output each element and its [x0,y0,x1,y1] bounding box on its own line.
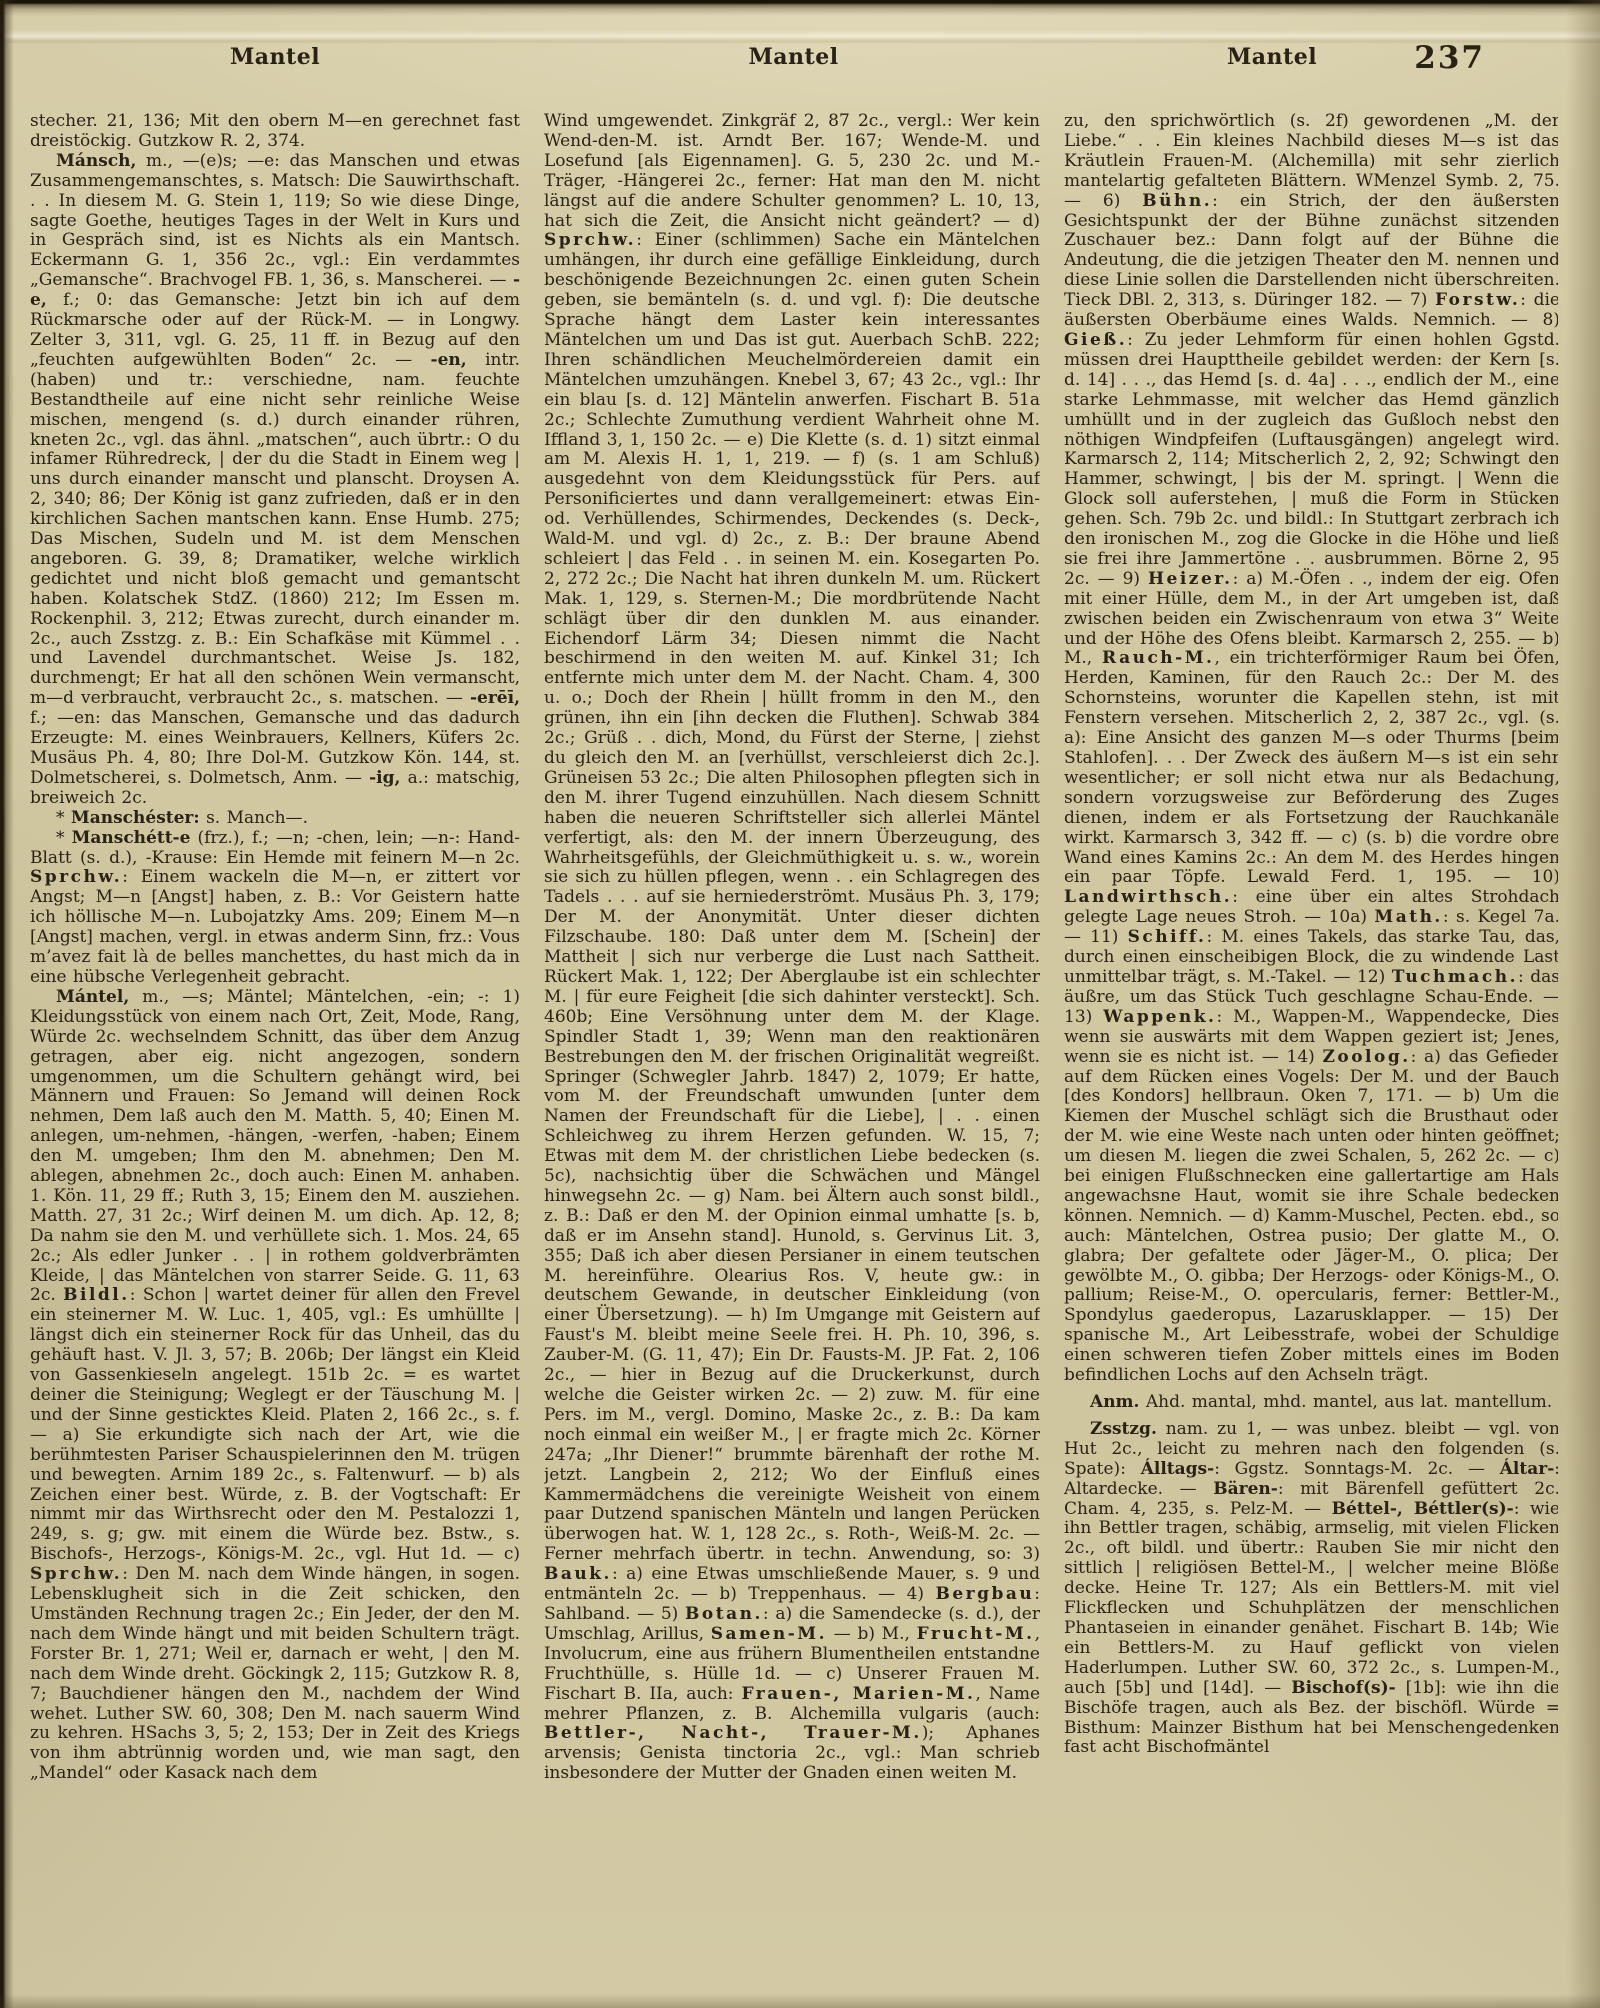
text-run: Bildl. [63,1285,130,1305]
text-column-3: zu, den sprichwörtlich (s. 2f) gewordene… [1064,112,1558,1874]
text-run: Wind umgewendet. Zinkgräf 2, 87 2c., ver… [544,112,1040,231]
text-run: Landwirthsch. [1064,887,1232,907]
text-run: : Ggstz. Sonntags-M. 2c. — [1214,1459,1500,1479]
text-run: Bergbau [935,1584,1034,1604]
scan-edge-top [0,0,1600,16]
text-run: Botan. [685,1604,763,1624]
text-run: Mántel, [56,987,129,1007]
text-run: intr. (haben) und tr.: verschiedne, nam.… [30,350,520,708]
scan-edge-bottom [0,1994,1600,2008]
text-run: m., —(e)s; —e: das Manschen und etwas Zu… [30,151,520,290]
text-run: Frucht-M. [917,1624,1035,1644]
text-run: Frauen-, Marien-M. [742,1684,976,1704]
scanned-dictionary-page: { "page": { "number": "237", "running_he… [0,0,1600,2008]
text-run: Sprchw. [544,230,636,250]
text-run: Bären- [1213,1479,1278,1499]
text-run: : Zu jeder Lehmform für einen hohlen Ggs… [1064,330,1558,589]
text-run: : wie ihn Bettler tragen, schäbig, armse… [1064,1499,1558,1698]
text-run: Bischof(s)- [1291,1678,1395,1698]
text-run: * [56,808,71,828]
text-run: Bauk. [544,1564,612,1584]
text-run: -erēī, [470,688,520,708]
text-run: : Den M. nach dem Winde hängen, in sogen… [30,1564,520,1783]
text-run: Bühn. [1142,191,1212,211]
text-run: — b) M., [827,1624,917,1644]
text-run: , ein trichterförmiger Raum bei Öfen, He… [1064,648,1558,887]
text-run: Sprchw. [30,1564,122,1584]
text-run: -ig, [369,768,400,788]
paper-crease [0,30,1600,44]
scan-edge-right [1566,0,1600,2008]
paragraph: stecher. 21, 136; Mit den obern M—en ger… [30,112,520,152]
text-run: Heizer. [1148,569,1233,589]
text-columns: stecher. 21, 136; Mit den obern M—en ger… [30,112,1558,1874]
page-header: Mantel Mantel Mantel 237 [30,44,1555,84]
text-run: Sprchw. [30,867,122,887]
text-column-2: Wind umgewendet. Zinkgräf 2, 87 2c., ver… [544,112,1040,1874]
text-run: : Einer (schlimmen) Sache ein Mäntelchen… [544,230,1040,1564]
text-run: Bettler-, Nacht-, Trauer-M. [544,1723,922,1743]
scan-edge-left [0,0,14,2008]
text-run: -en, [431,350,467,370]
paragraph: zu, den sprichwörtlich (s. 2f) gewordene… [1064,112,1558,1386]
text-run: Samen-M. [711,1624,827,1644]
text-run: Schiff. [1128,927,1207,947]
text-run: Manschétt-e [72,828,191,848]
text-run: Wappenk. [1103,1007,1216,1027]
paragraph: Mántel, m., —s; Mäntel; Mäntelchen, -ein… [30,988,520,1784]
paragraph: * Manschétt-e (frz.), f.; —n; -chen, lei… [30,829,520,988]
text-run: Béttel-, Béttler(s)- [1332,1499,1514,1519]
text-run: Mánsch, [56,151,136,171]
text-column-1: stecher. 21, 136; Mit den obern M—en ger… [30,112,520,1874]
text-run: Manschéster: [71,808,200,828]
text-run: s. Manch—. [200,808,308,828]
text-run: : a) das Gefieder auf dem Rücken eines V… [1064,1047,1558,1386]
text-run: : Schon | wartet deiner für allen den Fr… [30,1285,520,1564]
text-run: Forstw. [1435,290,1520,310]
text-run: Math. [1374,907,1442,927]
page-number: 237 [1414,40,1485,76]
text-run: Zoolog. [1322,1047,1410,1067]
text-run: Tuchmach. [1392,967,1518,987]
text-run: Álltags- [1141,1459,1215,1479]
paragraph: Zsstzg. nam. zu 1, — was unbez. bleibt —… [1064,1420,1558,1758]
text-run: * [56,828,72,848]
page: Mantel Mantel Mantel 237 stecher. 21, 13… [0,0,1600,2008]
running-head-column-1: Mantel [30,44,520,70]
running-head-column-2: Mantel [545,44,1042,70]
paragraph: Anm. Ahd. mantal, mhd. mantel, aus lat. … [1064,1393,1558,1413]
paragraph: Wind umgewendet. Zinkgräf 2, 87 2c., ver… [544,112,1040,1784]
text-run: Anm. [1090,1392,1139,1412]
paragraph: * Manschéster: s. Manch—. [30,809,520,829]
text-run: Ahd. mantal, mhd. mantel, aus lat. mante… [1139,1392,1552,1412]
text-run: Rauch-M. [1102,648,1214,668]
paragraph: Mánsch, m., —(e)s; —e: das Manschen und … [30,152,520,809]
text-run: Zsstzg. [1090,1419,1157,1439]
text-run: Gieß. [1064,330,1127,350]
text-run: stecher. 21, 136; Mit den obern M—en ger… [30,112,520,151]
text-run: Áltar- [1500,1459,1555,1479]
text-run: m., —s; Mäntel; Mäntelchen, -ein; -: 1) … [30,987,520,1306]
